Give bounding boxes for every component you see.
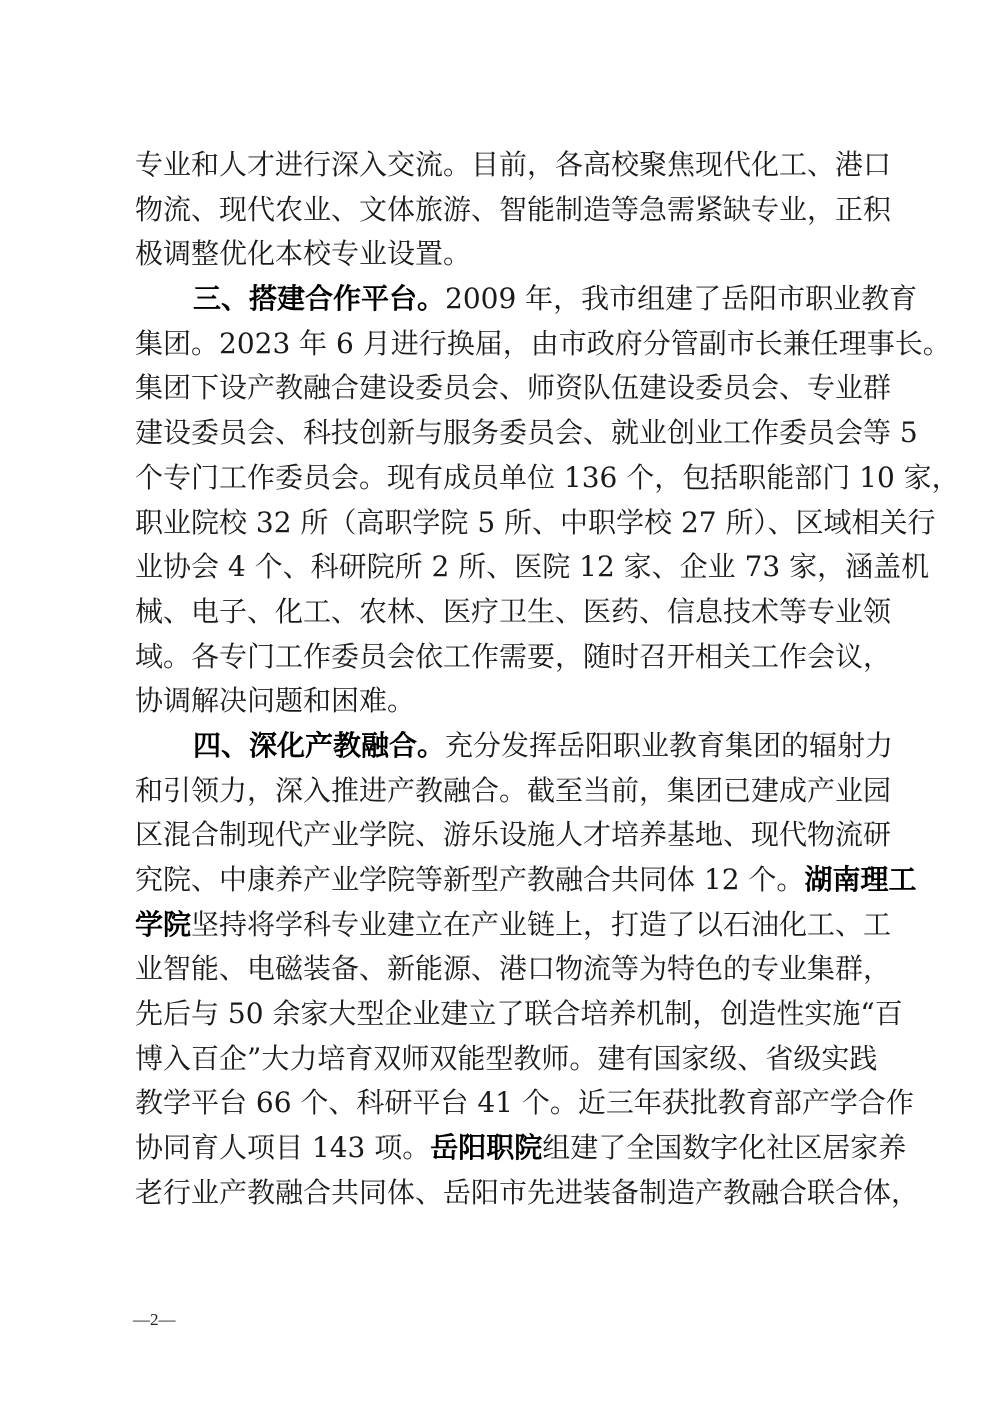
text-line: 集团。2023 年 6 月进行换届，由市政府分管副市长兼任理事长。 xyxy=(135,322,870,367)
text-line: 物流、现代农业、文体旅游、智能制造等急需紧缺专业，正积 xyxy=(135,188,870,233)
text-line: 学院坚持将学科专业建立在产业链上，打造了以石油化工、工 xyxy=(135,903,870,948)
text-line: 老行业产教融合共同体、岳阳市先进装备制造产教融合联合体， xyxy=(135,1171,870,1216)
text-line-content: 区混合制现代产业学院、游乐设施人才培养基地、现代物流研 xyxy=(135,813,870,858)
text-run: 职业院校 32 所（高职学院 5 所、中职学校 27 所）、区域相关行 xyxy=(135,506,935,539)
text-run: 建设委员会、科技创新与服务委员会、就业创业工作委员会等 5 xyxy=(135,416,918,449)
bold-heading-run: 岳阳职院 xyxy=(430,1131,542,1164)
page-number: —2— xyxy=(133,1310,176,1330)
text-run: 充分发挥岳阳职业教育集团的辐射力 xyxy=(445,729,893,762)
text-line: 业协会 4 个、科研院所 2 所、医院 12 家、企业 73 家，涵盖机 xyxy=(135,545,870,590)
text-line-content: 建设委员会、科技创新与服务委员会、就业创业工作委员会等 5 xyxy=(135,411,870,456)
text-run: 集团。2023 年 6 月进行换届，由市政府分管副市长兼任理事长。 xyxy=(135,327,951,360)
text-run: 域。各专门工作委员会依工作需要，随时召开相关工作会议， xyxy=(135,640,891,673)
text-run: 2009 年，我市组建了岳阳市职业教育 xyxy=(445,282,917,315)
text-line-content: 个专门工作委员会。现有成员单位 136 个，包括职能部门 10 家， xyxy=(135,456,870,501)
text-line-content: 协调解决问题和困难。 xyxy=(135,679,870,724)
text-line: 个专门工作委员会。现有成员单位 136 个，包括职能部门 10 家， xyxy=(135,456,870,501)
text-run: 老行业产教融合共同体、岳阳市先进装备制造产教融合联合体， xyxy=(135,1176,919,1209)
text-line-content: 学院坚持将学科专业建立在产业链上，打造了以石油化工、工 xyxy=(135,903,870,948)
text-line: 专业和人才进行深入交流。目前，各高校聚焦现代化工、港口 xyxy=(135,143,870,188)
text-line-content: 物流、现代农业、文体旅游、智能制造等急需紧缺专业，正积 xyxy=(135,188,870,233)
text-line: 械、电子、化工、农林、医疗卫生、医药、信息技术等专业领 xyxy=(135,590,870,635)
text-run: 业智能、电磁装备、新能源、港口物流等为特色的专业集群， xyxy=(135,952,891,985)
text-line-content: 先后与 50 余家大型企业建立了联合培养机制，创造性实施“百 xyxy=(135,992,870,1037)
text-line: 区混合制现代产业学院、游乐设施人才培养基地、现代物流研 xyxy=(135,813,870,858)
text-line: 先后与 50 余家大型企业建立了联合培养机制，创造性实施“百 xyxy=(135,992,870,1037)
text-line: 域。各专门工作委员会依工作需要，随时召开相关工作会议， xyxy=(135,635,870,680)
text-line-content: 协同育人项目 143 项。岳阳职院组建了全国数字化社区居家养 xyxy=(135,1126,870,1171)
bold-heading-run: 三、搭建合作平台。 xyxy=(193,282,445,315)
text-line: 博入百企”大力培育双师双能型教师。建有国家级、省级实践 xyxy=(135,1037,870,1082)
text-run: 协调解决问题和困难。 xyxy=(135,684,415,717)
text-line-content: 域。各专门工作委员会依工作需要，随时召开相关工作会议， xyxy=(135,635,870,680)
text-line-content: 集团。2023 年 6 月进行换届，由市政府分管副市长兼任理事长。 xyxy=(135,322,870,367)
text-line-content: 械、电子、化工、农林、医疗卫生、医药、信息技术等专业领 xyxy=(135,590,870,635)
text-line: 教学平台 66 个、科研平台 41 个。近三年获批教育部产学合作 xyxy=(135,1081,870,1126)
document-page: 专业和人才进行深入交流。目前，各高校聚焦现代化工、港口物流、现代农业、文体旅游、… xyxy=(0,0,1000,1414)
text-run: 极调整优化本校专业设置。 xyxy=(135,237,471,270)
text-run: 集团下设产教融合建设委员会、师资队伍建设委员会、专业群 xyxy=(135,371,891,404)
text-line-content: 教学平台 66 个、科研平台 41 个。近三年获批教育部产学合作 xyxy=(135,1081,870,1126)
text-run: 械、电子、化工、农林、医疗卫生、医药、信息技术等专业领 xyxy=(135,595,891,628)
text-line-content: 老行业产教融合共同体、岳阳市先进装备制造产教融合联合体， xyxy=(135,1171,870,1216)
text-line: 协同育人项目 143 项。岳阳职院组建了全国数字化社区居家养 xyxy=(135,1126,870,1171)
text-line: 三、搭建合作平台。2009 年，我市组建了岳阳市职业教育 xyxy=(135,277,870,322)
text-line: 集团下设产教融合建设委员会、师资队伍建设委员会、专业群 xyxy=(135,366,870,411)
text-line: 协调解决问题和困难。 xyxy=(135,679,870,724)
bold-heading-run: 湖南理工 xyxy=(804,863,916,896)
text-line-content: 和引领力，深入推进产教融合。截至当前，集团已建成产业园 xyxy=(135,769,870,814)
text-run: 专业和人才进行深入交流。目前，各高校聚焦现代化工、港口 xyxy=(135,148,891,181)
text-run: 教学平台 66 个、科研平台 41 个。近三年获批教育部产学合作 xyxy=(135,1086,914,1119)
text-run: 业协会 4 个、科研院所 2 所、医院 12 家、企业 73 家，涵盖机 xyxy=(135,550,929,583)
text-line-content: 博入百企”大力培育双师双能型教师。建有国家级、省级实践 xyxy=(135,1037,870,1082)
text-run: 究院、中康养产业学院等新型产教融合共同体 12 个。 xyxy=(135,863,804,896)
text-run: 博入百企”大力培育双师双能型教师。建有国家级、省级实践 xyxy=(135,1042,877,1075)
text-line-content: 四、深化产教融合。充分发挥岳阳职业教育集团的辐射力 xyxy=(135,724,870,769)
text-line-content: 专业和人才进行深入交流。目前，各高校聚焦现代化工、港口 xyxy=(135,143,870,188)
text-line: 极调整优化本校专业设置。 xyxy=(135,232,870,277)
text-line: 建设委员会、科技创新与服务委员会、就业创业工作委员会等 5 xyxy=(135,411,870,456)
text-line-content: 职业院校 32 所（高职学院 5 所、中职学校 27 所）、区域相关行 xyxy=(135,501,870,546)
text-run: 区混合制现代产业学院、游乐设施人才培养基地、现代物流研 xyxy=(135,818,891,851)
bold-heading-run: 四、深化产教融合。 xyxy=(193,729,445,762)
text-run: 个专门工作委员会。现有成员单位 136 个，包括职能部门 10 家， xyxy=(135,461,960,494)
text-line-content: 究院、中康养产业学院等新型产教融合共同体 12 个。湖南理工 xyxy=(135,858,870,903)
text-line-content: 集团下设产教融合建设委员会、师资队伍建设委员会、专业群 xyxy=(135,366,870,411)
text-line: 和引领力，深入推进产教融合。截至当前，集团已建成产业园 xyxy=(135,769,870,814)
text-line-content: 极调整优化本校专业设置。 xyxy=(135,232,870,277)
text-run: 物流、现代农业、文体旅游、智能制造等急需紧缺专业，正积 xyxy=(135,193,891,226)
text-line: 究院、中康养产业学院等新型产教融合共同体 12 个。湖南理工 xyxy=(135,858,870,903)
document-body: 专业和人才进行深入交流。目前，各高校聚焦现代化工、港口物流、现代农业、文体旅游、… xyxy=(135,143,870,1216)
text-line: 四、深化产教融合。充分发挥岳阳职业教育集团的辐射力 xyxy=(135,724,870,769)
text-run: 坚持将学科专业建立在产业链上，打造了以石油化工、工 xyxy=(191,908,891,941)
text-line-content: 业协会 4 个、科研院所 2 所、医院 12 家、企业 73 家，涵盖机 xyxy=(135,545,870,590)
text-run: 先后与 50 余家大型企业建立了联合培养机制，创造性实施“百 xyxy=(135,997,903,1030)
text-line: 职业院校 32 所（高职学院 5 所、中职学校 27 所）、区域相关行 xyxy=(135,501,870,546)
text-line-content: 业智能、电磁装备、新能源、港口物流等为特色的专业集群， xyxy=(135,947,870,992)
text-run: 组建了全国数字化社区居家养 xyxy=(542,1131,906,1164)
bold-heading-run: 学院 xyxy=(135,908,191,941)
text-line: 业智能、电磁装备、新能源、港口物流等为特色的专业集群， xyxy=(135,947,870,992)
text-run: 和引领力，深入推进产教融合。截至当前，集团已建成产业园 xyxy=(135,774,891,807)
text-run: 协同育人项目 143 项。 xyxy=(135,1131,430,1164)
text-line-content: 三、搭建合作平台。2009 年，我市组建了岳阳市职业教育 xyxy=(135,277,870,322)
